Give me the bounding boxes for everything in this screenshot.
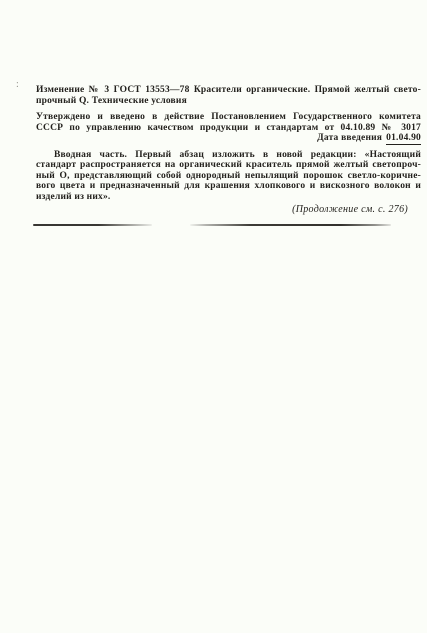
approval-line-1: Утверждено и введено в действие Постанов… <box>36 112 421 123</box>
body-line-3: ный О, представляющий собой однородный н… <box>36 171 421 182</box>
body-line-1: Вводная часть. Первый абзац изложить в н… <box>36 150 421 161</box>
effective-date-line: Дата введения01.04.90 <box>36 133 421 144</box>
horizontal-rule-segment-left <box>33 224 152 226</box>
horizontal-rule-segment-right <box>190 224 391 226</box>
body-line-5: изделий из них». <box>36 192 421 203</box>
introduction-amendment-paragraph: Вводная часть. Первый абзац изложить в н… <box>36 150 421 203</box>
document-page: : Изменение № 3 ГОСТ 13553—78 Красители … <box>0 0 427 633</box>
amendment-title-line-1: Изменение № 3 ГОСТ 13553—78 Красители ор… <box>36 85 421 96</box>
effective-date-value: 01.04.90 <box>386 133 421 145</box>
approval-paragraph: Утверждено и введено в действие Постанов… <box>36 112 421 144</box>
continuation-note: (Продолжение см. с. 276) <box>36 205 421 216</box>
amendment-title-line-2: прочный Q. Технические условия <box>36 96 421 107</box>
horizontal-rule <box>36 223 421 227</box>
effective-date-label: Дата введения <box>317 133 382 143</box>
body-line-2: стандарт распространяется на органически… <box>36 160 421 171</box>
scan-speck-artifact: : <box>16 80 19 91</box>
body-line-4: вого цвета и предназначенный для крашени… <box>36 181 421 192</box>
approval-line-2: СССР по управлению качеством продукции и… <box>36 123 421 134</box>
amendment-title: Изменение № 3 ГОСТ 13553—78 Красители ор… <box>36 85 421 106</box>
